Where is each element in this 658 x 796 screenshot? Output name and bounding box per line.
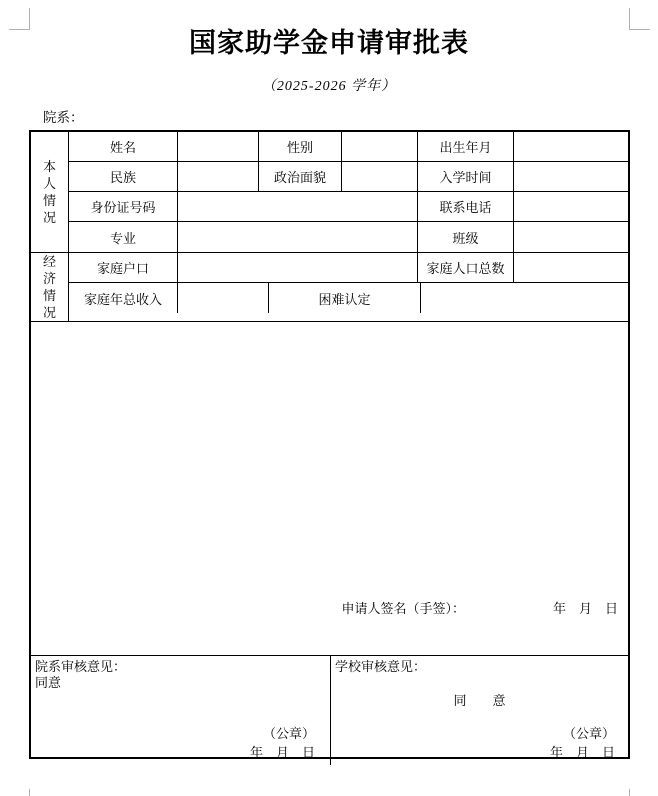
document-page: 国家助学金申请审批表 （2025-2026 学年） 院系： 本人情况 姓名 性别… xyxy=(0,0,658,796)
department-seal-block: （公章） 年 月 日 xyxy=(250,724,315,762)
application-table: 本人情况 姓名 性别 出生年月 民族 政治面貌 入学时间 xyxy=(29,130,630,759)
page-margin-mark-top-right xyxy=(629,8,650,30)
gender-label: 性别 xyxy=(259,132,342,161)
department-label[interactable]: 院系： xyxy=(43,106,84,126)
id-number-value-cell[interactable] xyxy=(178,192,418,221)
group-label-economic: 经济情况 xyxy=(31,253,69,321)
school-review-cell[interactable]: 学校审核意见： 同 意 （公章） 年 月 日 xyxy=(331,656,628,765)
department-review-title: 院系审核意见： xyxy=(35,659,326,675)
birth-date-label: 出生年月 xyxy=(418,132,514,161)
name-label: 姓名 xyxy=(69,132,178,161)
birth-date-value-cell[interactable] xyxy=(514,132,628,161)
major-value-cell[interactable] xyxy=(178,222,418,252)
household-label: 家庭户口 xyxy=(69,253,178,282)
economic-info-section: 经济情况 家庭户口 家庭人口总数 家庭年总收入 困难认定 xyxy=(31,253,628,322)
department-seal-label: （公章） xyxy=(250,724,315,743)
applicant-signature-label: 申请人签名（手签）： xyxy=(341,598,465,617)
table-row-household: 家庭户口 家庭人口总数 xyxy=(69,253,628,283)
page-margin-mark-bottom-left xyxy=(29,789,30,796)
household-value-cell[interactable] xyxy=(178,253,418,282)
school-review-title: 学校审核意见： xyxy=(335,659,624,675)
name-value-cell[interactable] xyxy=(178,132,259,161)
ethnicity-label: 民族 xyxy=(69,162,178,191)
school-review-date: 年 月 日 xyxy=(550,743,615,762)
gender-value-cell[interactable] xyxy=(342,132,418,161)
form-subtitle: （2025-2026 学年） xyxy=(0,75,658,95)
ethnicity-value-cell[interactable] xyxy=(178,162,259,191)
page-margin-mark-bottom-right xyxy=(629,789,630,796)
class-label: 班级 xyxy=(418,222,514,252)
group-label-personal: 本人情况 xyxy=(31,132,69,252)
enrollment-date-label: 入学时间 xyxy=(418,162,514,191)
family-size-label: 家庭人口总数 xyxy=(418,253,514,282)
school-seal-label: （公章） xyxy=(550,724,615,743)
political-status-value-cell[interactable] xyxy=(342,162,418,191)
table-row-major: 专业 班级 xyxy=(69,222,628,252)
table-row-name: 姓名 性别 出生年月 xyxy=(69,132,628,162)
department-review-date: 年 月 日 xyxy=(250,743,315,762)
application-statement-area[interactable]: 申请人签名（手签）： 年 月 日 xyxy=(31,322,628,656)
applicant-signature-date: 年 月 日 xyxy=(553,598,618,617)
contact-phone-label: 联系电话 xyxy=(418,192,514,221)
table-row-id-number: 身份证号码 联系电话 xyxy=(69,192,628,222)
table-row-income: 家庭年总收入 困难认定 xyxy=(69,283,628,313)
political-status-label: 政治面貌 xyxy=(259,162,342,191)
page-margin-mark-top-left xyxy=(9,8,30,30)
school-review-opinion: 同 意 xyxy=(335,693,624,709)
major-label: 专业 xyxy=(69,222,178,252)
annual-income-value-cell[interactable] xyxy=(178,283,269,313)
enrollment-date-value-cell[interactable] xyxy=(514,162,628,191)
school-seal-block: （公章） 年 月 日 xyxy=(550,724,615,762)
department-review-cell[interactable]: 院系审核意见： 同意 （公章） 年 月 日 xyxy=(31,656,331,765)
table-row-ethnicity: 民族 政治面貌 入学时间 xyxy=(69,162,628,192)
class-value-cell[interactable] xyxy=(514,222,628,252)
annual-income-label: 家庭年总收入 xyxy=(69,283,178,313)
review-section: 院系审核意见： 同意 （公章） 年 月 日 学校审核意见： 同 意 （公章） 年… xyxy=(31,656,628,765)
signature-line: 申请人签名（手签）： 年 月 日 xyxy=(341,598,618,617)
personal-info-section: 本人情况 姓名 性别 出生年月 民族 政治面貌 入学时间 xyxy=(31,132,628,253)
form-title: 国家助学金申请审批表 xyxy=(0,28,658,58)
difficulty-status-label: 困难认定 xyxy=(269,283,421,313)
difficulty-status-value-cell[interactable] xyxy=(421,283,628,313)
department-review-opinion: 同意 xyxy=(35,675,326,691)
id-number-label: 身份证号码 xyxy=(69,192,178,221)
family-size-value-cell[interactable] xyxy=(514,253,628,282)
contact-phone-value-cell[interactable] xyxy=(514,192,628,221)
